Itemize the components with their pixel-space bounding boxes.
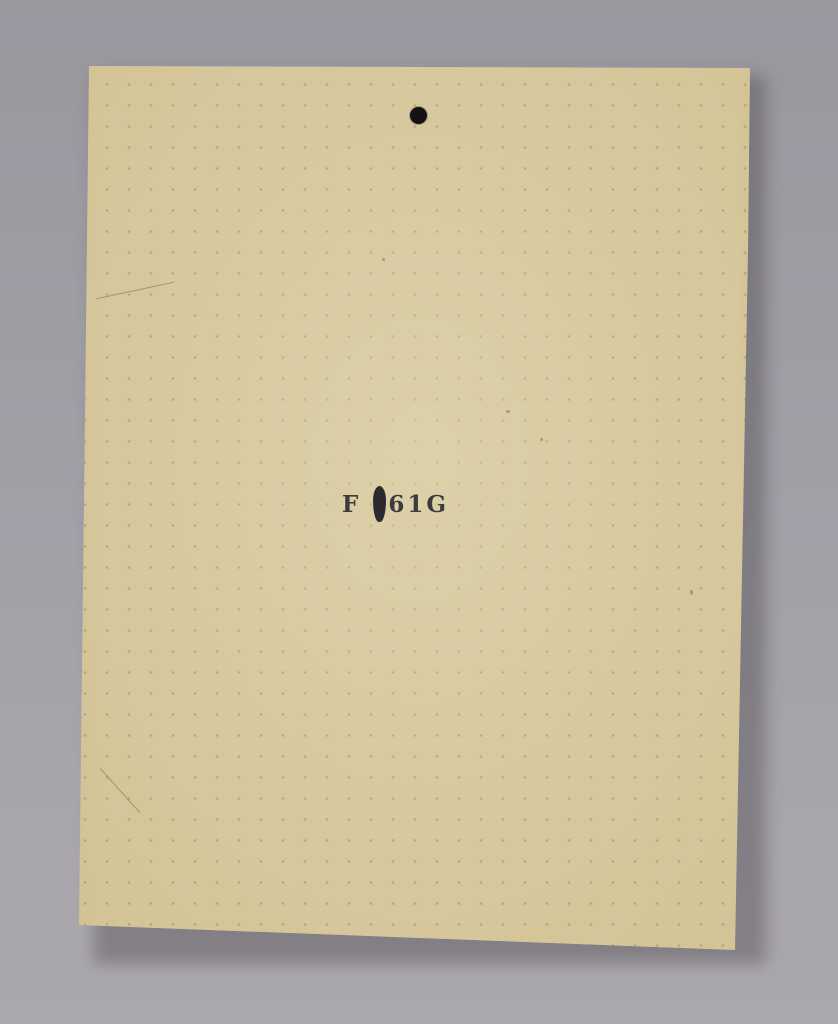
stain-speck [506,410,510,413]
stamped-code: F 61G [342,486,449,522]
code-prefix: F [342,491,361,518]
hang-hole [410,107,427,124]
stain-speck [382,258,385,261]
stain-speck [540,438,543,441]
code-suffix: 61G [388,491,449,518]
stain-speck [690,590,693,595]
ink-blot [373,486,386,522]
